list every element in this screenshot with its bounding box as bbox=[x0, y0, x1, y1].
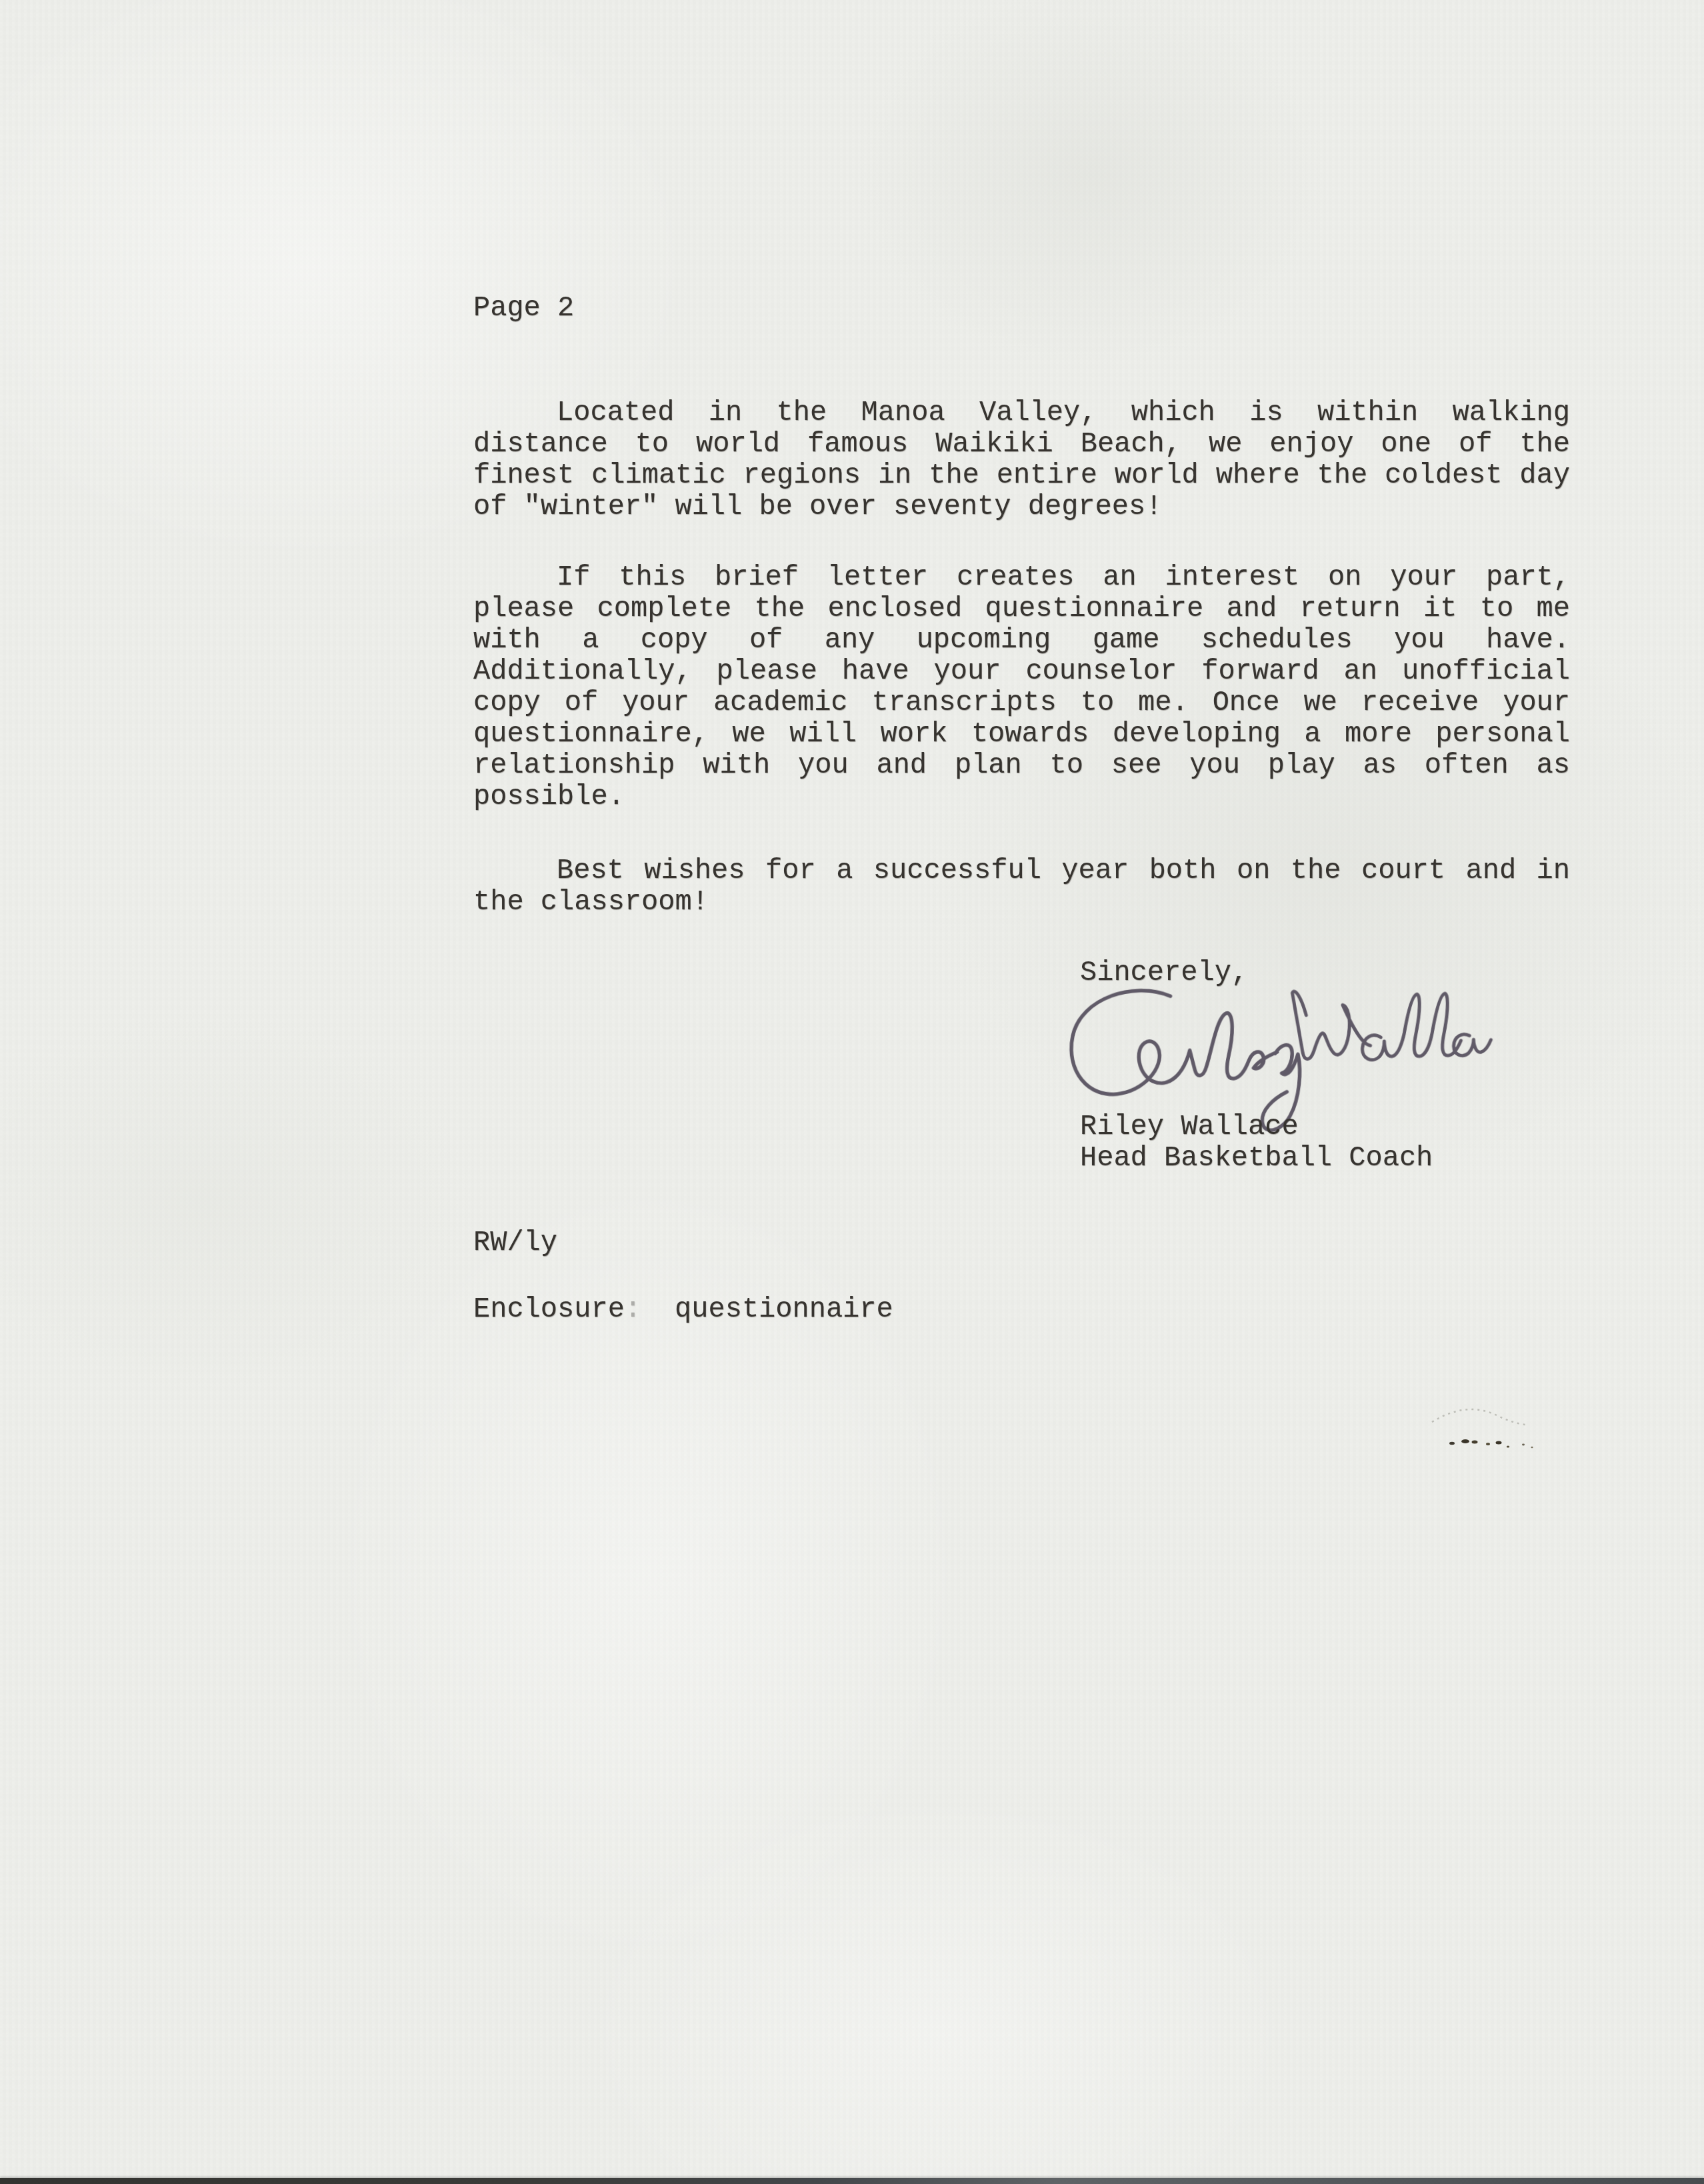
letter-line: If this brief letter creates an interest… bbox=[473, 562, 1570, 593]
letter-line: possible. bbox=[473, 781, 1570, 813]
paragraph-2: If this brief letter creates an interest… bbox=[473, 562, 1570, 813]
paragraph-1: Located in the Manoa Valley, which is wi… bbox=[473, 397, 1570, 523]
letter-line: Best wishes for a successful year both o… bbox=[473, 855, 1570, 887]
enclosure-line: Enclosure:questionnaire bbox=[473, 1294, 893, 1325]
letter-line: relationship with you and plan to see yo… bbox=[473, 750, 1570, 781]
letter-line: of "winter" will be over seventy degrees… bbox=[473, 491, 1570, 523]
enclosure-value: questionnaire bbox=[675, 1293, 893, 1325]
page-number: Page 2 bbox=[473, 293, 574, 324]
paragraph-3: Best wishes for a successful year both o… bbox=[473, 855, 1570, 918]
letter-line: please complete the enclosed questionnai… bbox=[473, 593, 1570, 625]
scan-bottom-edge-artifact bbox=[0, 2178, 1704, 2184]
letter-line: finest climatic regions in the entire wo… bbox=[473, 460, 1570, 491]
enclosure-label: Enclosure bbox=[473, 1293, 625, 1325]
reference-initials: RW/ly bbox=[473, 1227, 557, 1259]
letter-page: Page 2 Located in the Manoa Valley, whic… bbox=[0, 0, 1704, 2184]
letter-line: questionnaire, we will work towards deve… bbox=[473, 719, 1570, 750]
typed-signature-name: Riley Wallace bbox=[1080, 1111, 1299, 1143]
typed-signature-title: Head Basketball Coach bbox=[1080, 1143, 1433, 1174]
letter-line: Additionally, please have your counselor… bbox=[473, 656, 1570, 687]
enclosure-colon: : bbox=[625, 1293, 641, 1325]
letter-line: with a copy of any upcoming game schedul… bbox=[473, 625, 1570, 656]
ink-smudge-artifact bbox=[1427, 1397, 1593, 1463]
letter-line: copy of your academic transcripts to me.… bbox=[473, 687, 1570, 719]
letter-line: distance to world famous Waikiki Beach, … bbox=[473, 429, 1570, 460]
letter-line: Located in the Manoa Valley, which is wi… bbox=[473, 397, 1570, 429]
letter-line: the classroom! bbox=[473, 887, 1570, 918]
